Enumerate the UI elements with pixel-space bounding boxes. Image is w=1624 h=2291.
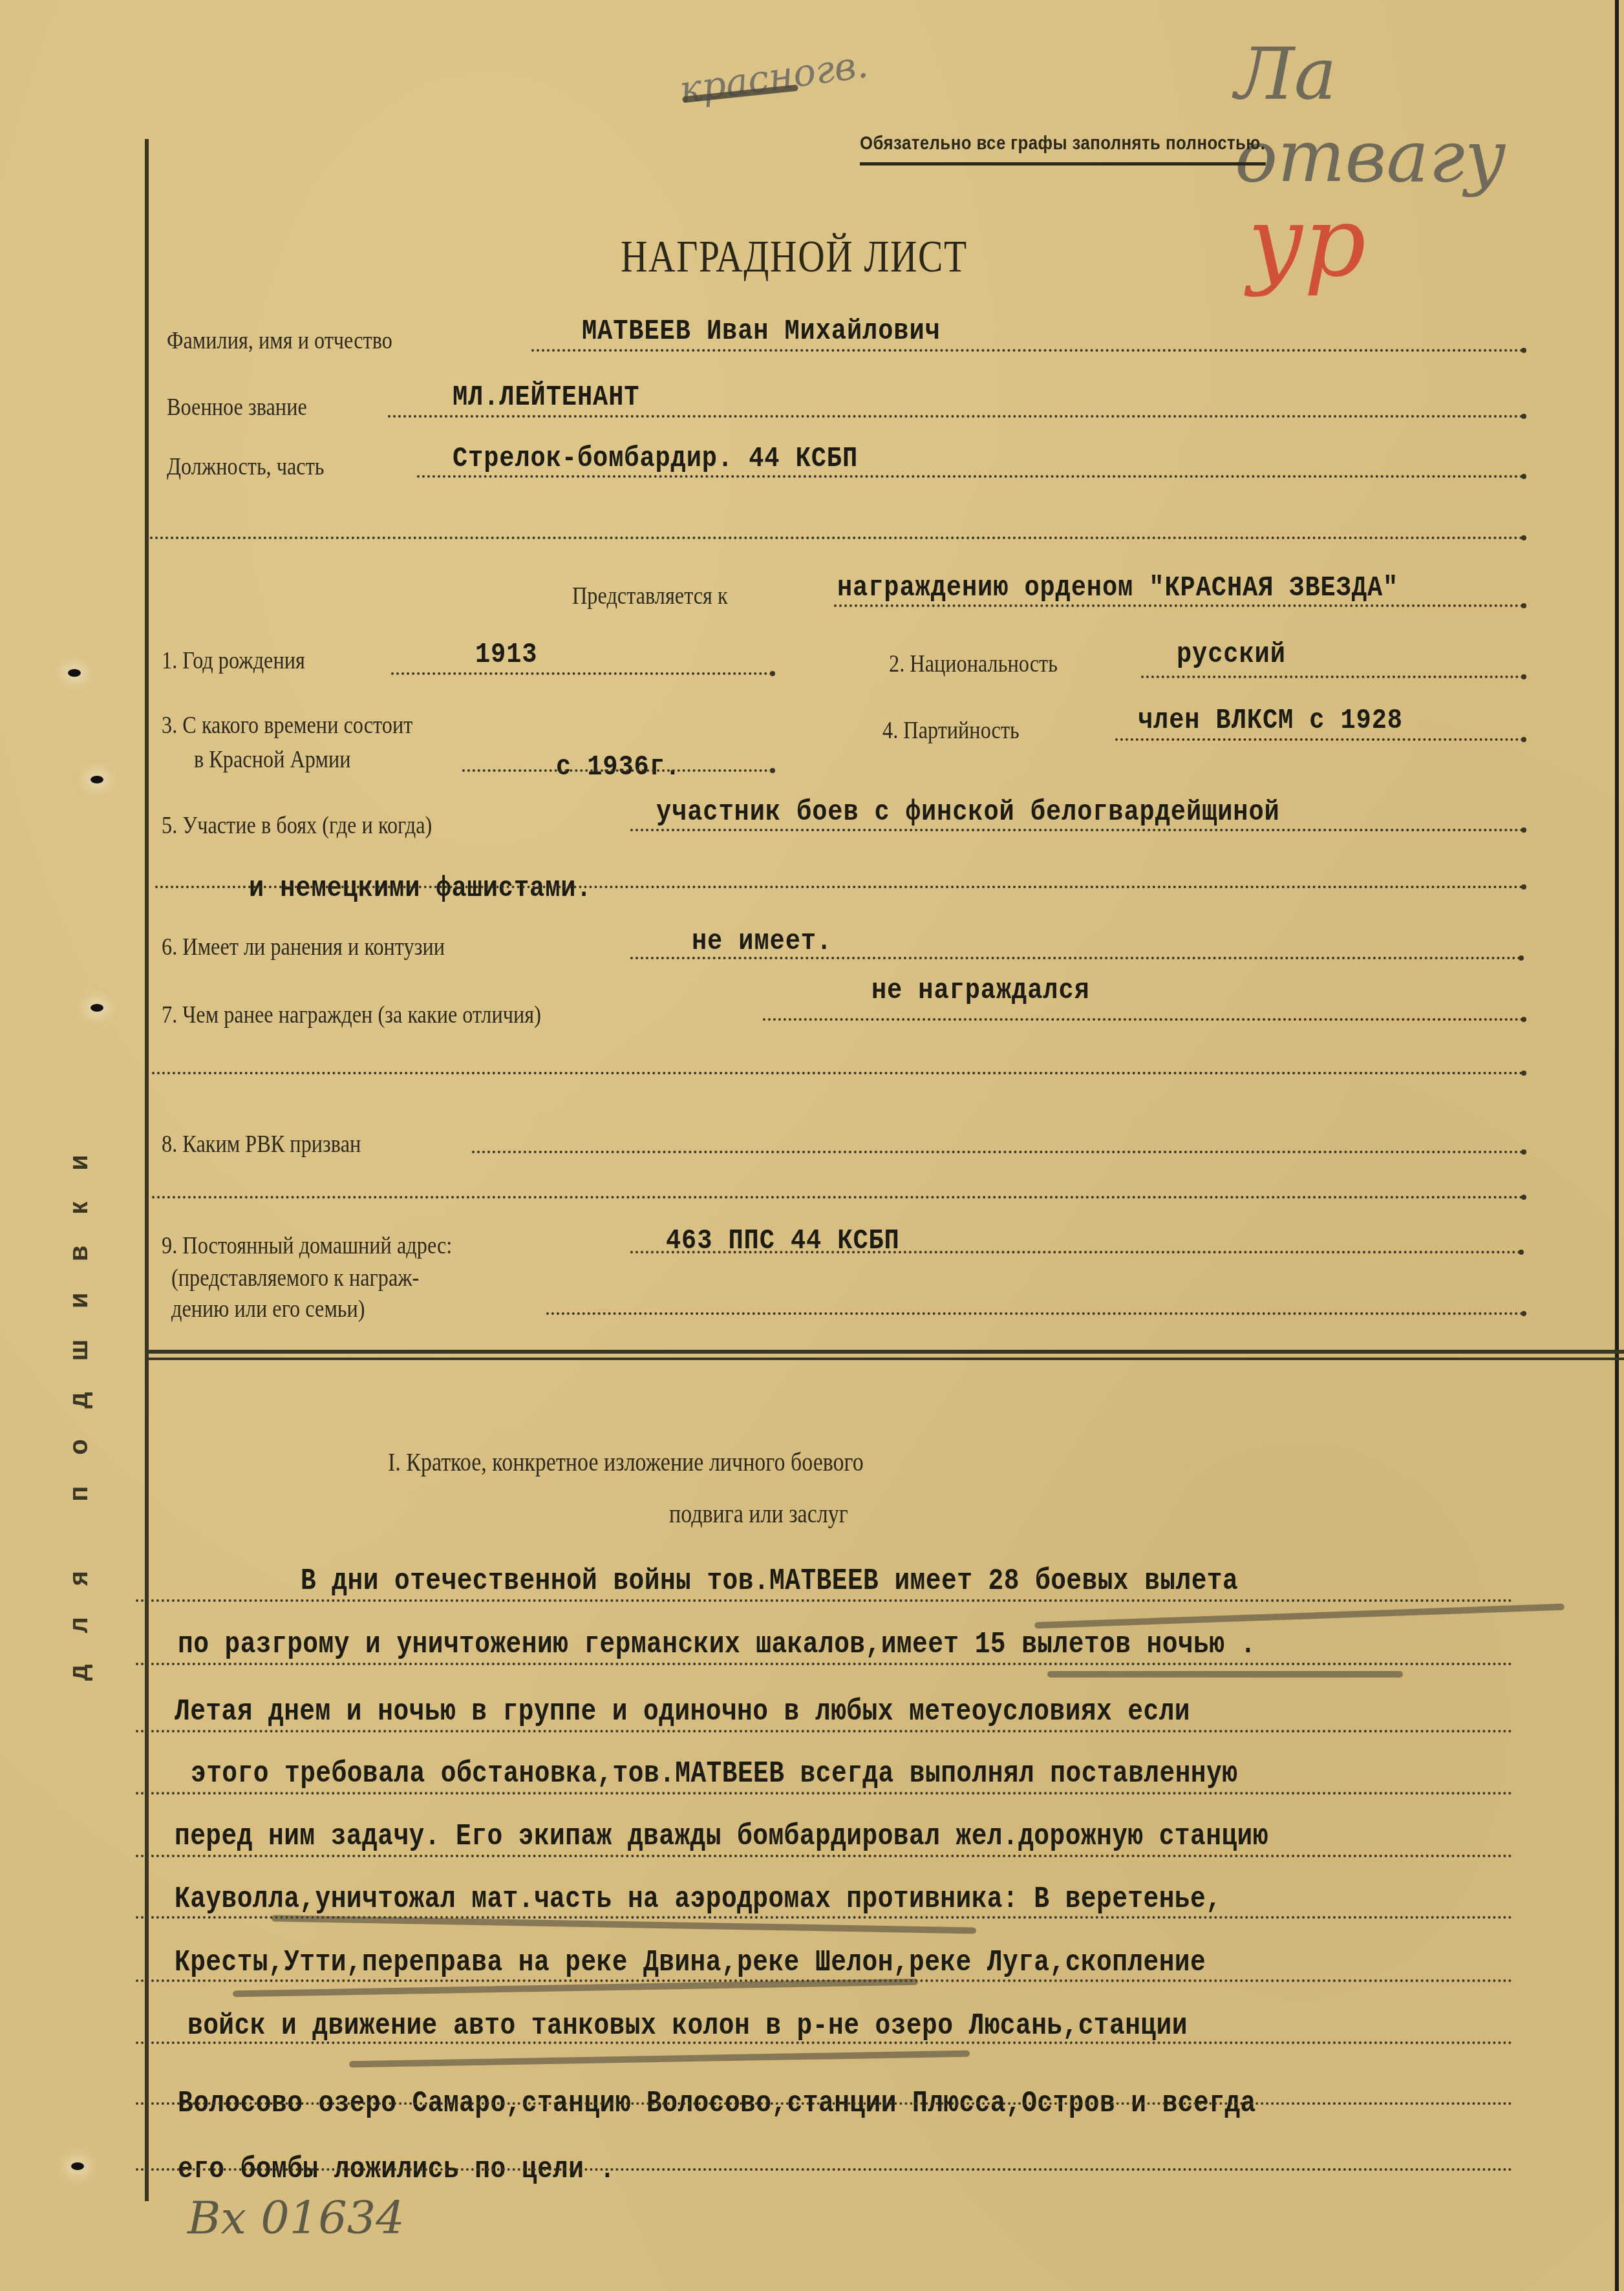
rvk-line-2 [152, 1196, 1524, 1199]
birth-year-value: 1913 [475, 639, 537, 671]
narrative-rule [136, 1663, 1513, 1665]
full-name-label: Фамилия, имя и отчество [167, 326, 392, 355]
archive-number: Вх 01634 [187, 2191, 405, 2244]
red-pencil-mark: ур [1248, 194, 1366, 291]
page-title: НАГРАДНОЙ ЛИСТ [621, 231, 968, 283]
punch-hole [71, 2162, 84, 2170]
previous-awards-line-2 [152, 1072, 1524, 1074]
address-line-2 [546, 1312, 1524, 1315]
nominated-for-label: Представляется к [572, 582, 728, 610]
rvk-label: 8. Каким РВК призван [162, 1130, 361, 1158]
narrative-line-3: Летая днем и ночью в группе и одиночно в… [175, 1695, 1190, 1729]
position-line [417, 475, 1524, 478]
full-name-value: МАТВЕЕВ Иван Михайлович [582, 315, 941, 348]
birth-year-label: 1. Год рождения [162, 646, 305, 675]
party-value: член ВЛКСМ с 1928 [1138, 705, 1403, 737]
nationality-value: русский [1177, 639, 1286, 671]
narrative-line-2: по разгрому и уничтожению германских шак… [178, 1628, 1256, 1661]
full-name-line [531, 349, 1524, 352]
nominated-for-line [834, 604, 1524, 607]
battles-label: 5. Участие в боях (где и когда) [162, 811, 432, 840]
address-label-3: дению или его семьи) [171, 1295, 365, 1323]
narrative-rule [136, 1792, 1513, 1795]
narrative-line-5: перед ним задачу. Его экипаж дважды бомб… [175, 1820, 1268, 1853]
rank-label: Военное звание [167, 393, 307, 421]
narrative-rule [136, 1730, 1513, 1732]
army-since-value: с 1936г. [556, 751, 681, 783]
wounds-label: 6. Имеет ли ранения и контузии [162, 933, 445, 961]
address-label-2: (представляемого к награж- [171, 1264, 419, 1292]
previous-awards-label: 7. Чем ранее награжден (за какие отличия… [162, 1001, 541, 1029]
wounds-value: не имеет. [692, 926, 832, 958]
punch-hole [91, 776, 103, 783]
section-title-line-1: I. Краткое, конкретное изложение личного… [388, 1447, 864, 1477]
position-value: Стрелок-бомбардир. 44 КСБП [453, 443, 858, 475]
margin-rule [145, 139, 149, 2201]
battles-value-1: участник боев с финской белогвардейщиной [656, 796, 1280, 829]
party-line [1115, 738, 1524, 741]
narrative-rule [136, 2102, 1513, 2105]
punch-hole [68, 669, 81, 677]
fill-all-fields-notice: Обязательно все графы заполнять полность… [860, 133, 1265, 165]
nominated-for-value: награждению орденом "КРАСНАЯ ЗВЕЗДА" [837, 572, 1398, 604]
army-since-line [462, 769, 773, 772]
narrative-line-7: Кресты,Утти,переправа на реке Двина,реке… [175, 1946, 1206, 1979]
narrative-line-1: В дни отечественной войны тов.МАТВЕЕВ им… [301, 1564, 1238, 1598]
narrative-line-4: этого требовала обстановка,тов.МАТВЕЕВ в… [191, 1757, 1237, 1791]
party-label: 4. Партийность [882, 716, 1020, 745]
previous-awards-line [763, 1018, 1524, 1021]
address-label-1: 9. Постоянный домашний адрес: [162, 1231, 452, 1260]
blank-line [150, 537, 1524, 539]
section-divider [147, 1350, 1624, 1360]
battles-value-2: и немецкими фашистами. [249, 873, 592, 905]
rank-line [388, 415, 1524, 418]
nationality-label: 2. Национальность [889, 650, 1058, 678]
previous-awards-value: не награждался [871, 975, 1090, 1007]
narrative-line-8: войск и движение авто танковых колон в р… [187, 2009, 1188, 2043]
narrative-rule [136, 1599, 1513, 1602]
pencil-underline [1047, 1671, 1403, 1678]
binding-margin-text: для подшивки [65, 1124, 94, 1681]
pencil-note-right: Ла отвагу [1235, 32, 1624, 198]
wounds-line [630, 957, 1521, 959]
rvk-line [472, 1151, 1524, 1153]
birth-year-line [391, 672, 773, 675]
nationality-line [1141, 676, 1524, 678]
punch-hole [91, 1004, 103, 1012]
battles-line-2 [155, 886, 1524, 888]
army-since-label-1: 3. С какого времени состоит [162, 711, 412, 740]
narrative-rule [136, 2041, 1513, 2044]
address-line [630, 1251, 1521, 1253]
army-since-label-2: в Красной Армии [194, 745, 350, 774]
section-title-line-2: подвига или заслуг [669, 1498, 848, 1529]
battles-line-1 [630, 829, 1524, 831]
narrative-rule [136, 2168, 1513, 2171]
narrative-line-6: Кауволла,уничтожал мат.часть на аэродром… [175, 1882, 1221, 1916]
rank-value: МЛ.ЛЕЙТЕНАНТ [453, 381, 639, 414]
narrative-rule [136, 1855, 1513, 1857]
position-label: Должность, часть [167, 453, 325, 481]
page-edge [1615, 0, 1619, 2291]
